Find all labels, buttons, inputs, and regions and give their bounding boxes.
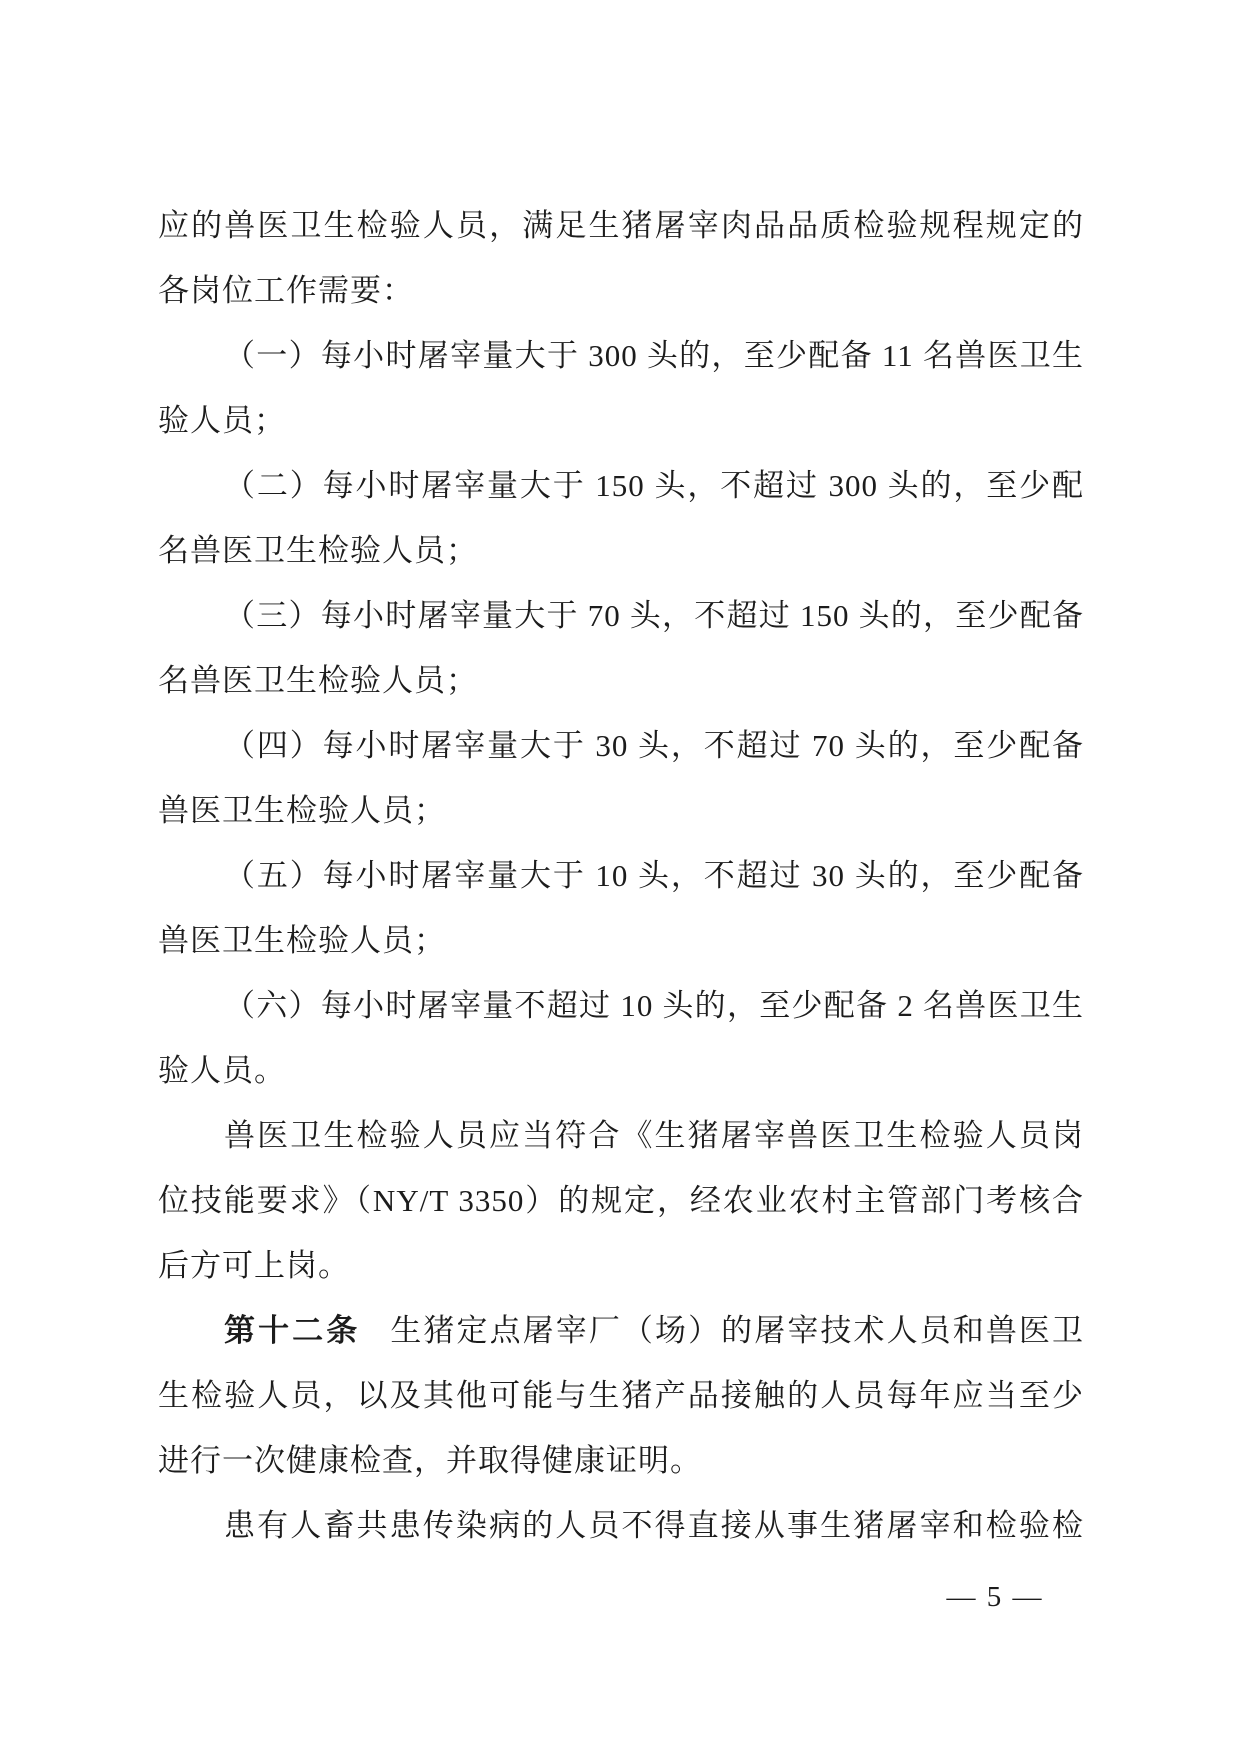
text-line: 兽医卫生检验人员； xyxy=(158,778,1084,843)
article-number: 第十二条 xyxy=(224,1313,360,1348)
text-line: 各岗位工作需要： xyxy=(158,258,1084,323)
text-line-item-2: （二）每小时屠宰量大于 150 头，不超过 300 头的，至少配备 9 xyxy=(158,453,1084,518)
text-line: 兽医卫生检验人员应当符合《生猪屠宰兽医卫生检验人员岗 xyxy=(158,1103,1084,1168)
document-body: 应的兽医卫生检验人员，满足生猪屠宰肉品品质检验规程规定的 各岗位工作需要： （一… xyxy=(158,193,1084,1558)
article-text: 生猪定点屠宰厂（场）的屠宰技术人员和兽医卫 xyxy=(390,1313,1084,1348)
text-line-article-12: 第十二条生猪定点屠宰厂（场）的屠宰技术人员和兽医卫 xyxy=(158,1298,1084,1363)
page-number: — 5 — xyxy=(920,1572,1070,1622)
text-line: 后方可上岗。 xyxy=(158,1233,1084,1298)
text-line: 位技能要求》（NY/T 3350）的规定，经农业农村主管部门考核合格 xyxy=(158,1168,1084,1233)
text-line: 应的兽医卫生检验人员，满足生猪屠宰肉品品质检验规程规定的 xyxy=(158,193,1084,258)
text-line-item-6: （六）每小时屠宰量不超过 10 头的，至少配备 2 名兽医卫生检 xyxy=(158,973,1084,1038)
text-line: 患有人畜共患传染病的人员不得直接从事生猪屠宰和检验检 xyxy=(158,1493,1084,1558)
text-line: 生检验人员，以及其他可能与生猪产品接触的人员每年应当至少 xyxy=(158,1363,1084,1428)
text-line-item-5: （五）每小时屠宰量大于 10 头，不超过 30 头的，至少配备 3 名 xyxy=(158,843,1084,908)
text-line: 名兽医卫生检验人员； xyxy=(158,648,1084,713)
text-line: 兽医卫生检验人员； xyxy=(158,908,1084,973)
text-line: 验人员； xyxy=(158,388,1084,453)
text-line-item-4: （四）每小时屠宰量大于 30 头，不超过 70 头的，至少配备 5 名 xyxy=(158,713,1084,778)
text-line-item-3: （三）每小时屠宰量大于 70 头，不超过 150 头的，至少配备 7 xyxy=(158,583,1084,648)
text-line: 进行一次健康检查，并取得健康证明。 xyxy=(158,1428,1084,1493)
text-line: 验人员。 xyxy=(158,1038,1084,1103)
text-line: 名兽医卫生检验人员； xyxy=(158,518,1084,583)
text-line-item-1: （一）每小时屠宰量大于 300 头的，至少配备 11 名兽医卫生检 xyxy=(158,323,1084,388)
document-page: 应的兽医卫生检验人员，满足生猪屠宰肉品品质检验规程规定的 各岗位工作需要： （一… xyxy=(0,0,1240,1754)
